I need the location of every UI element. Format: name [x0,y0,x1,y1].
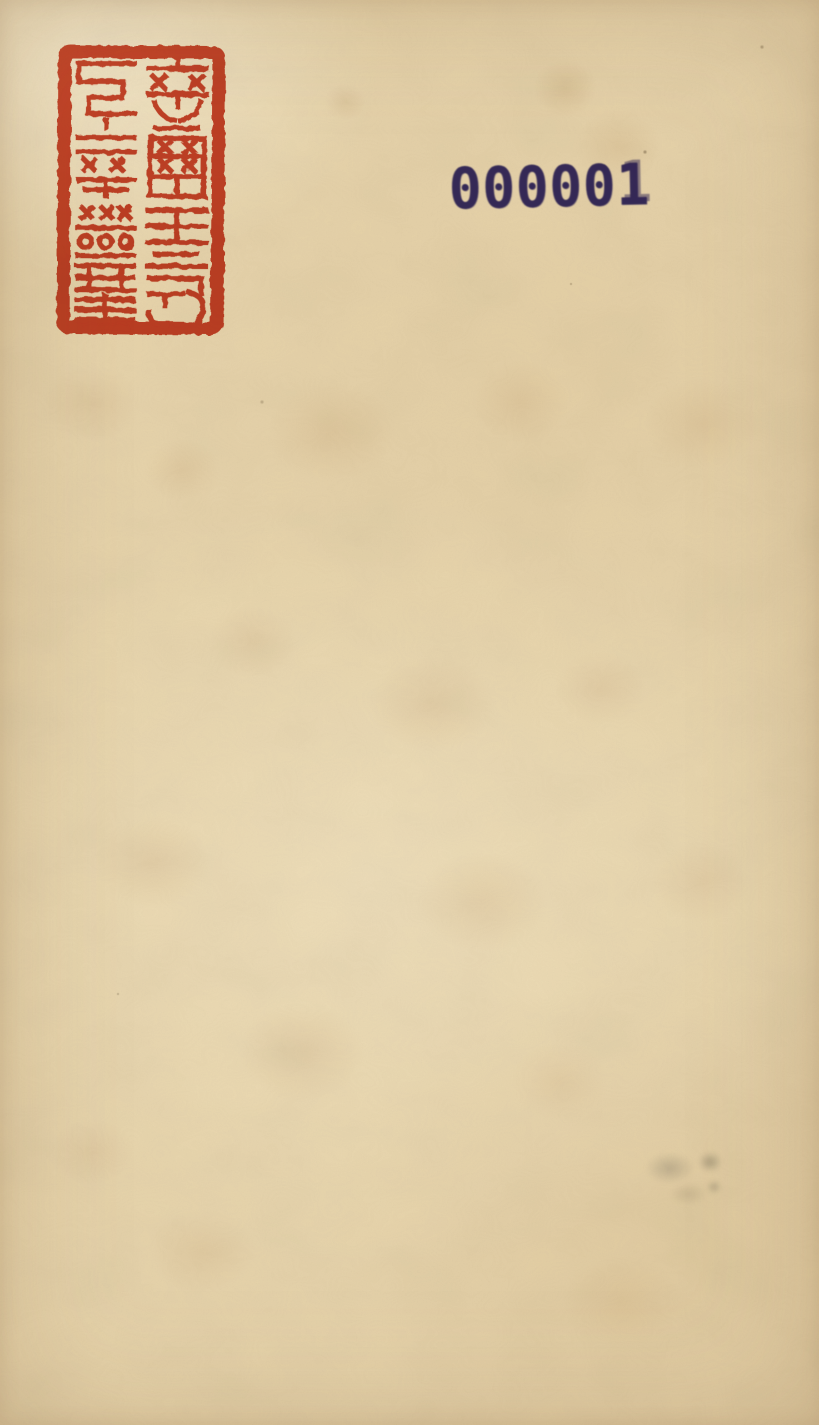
seal-stamp [55,43,227,336]
pencil-smudge [628,1132,758,1218]
scanned-page: 000001 000001 [0,0,819,1425]
serial-number: 000001 [448,155,650,220]
seal-stamp-graphic [55,43,227,336]
serial-number-stamp: 000001 000001 [448,156,669,221]
